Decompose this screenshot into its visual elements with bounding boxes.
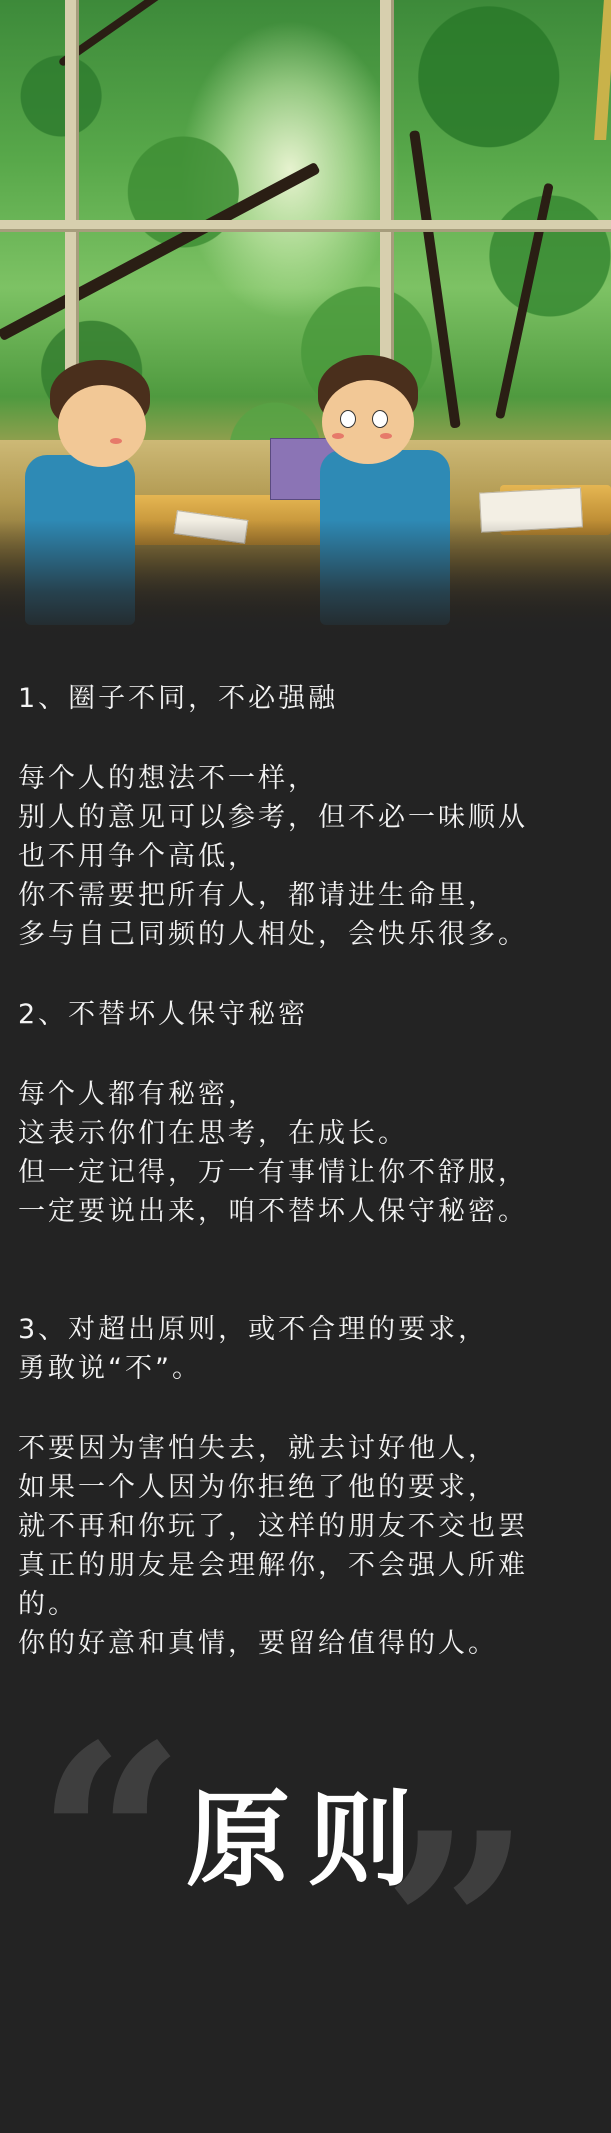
body-line: 每个人的想法不一样， bbox=[18, 760, 318, 798]
body-line: 的。 bbox=[18, 1586, 78, 1624]
body-line: 也不用争个高低， bbox=[18, 838, 258, 876]
body-line: 别人的意见可以参考，但不必一味顺从 bbox=[18, 799, 528, 837]
body-line: 真正的朋友是会理解你，不会强人所难 bbox=[18, 1547, 528, 1585]
body-line: 如果一个人因为你拒绝了他的要求， bbox=[18, 1469, 498, 1507]
footer-title: 原则 bbox=[186, 1780, 430, 1900]
body-line: 不要因为害怕失去，就去讨好他人， bbox=[18, 1430, 498, 1468]
body-line: 多与自己同频的人相处，会快乐很多。 bbox=[18, 916, 528, 954]
body-line: 但一定记得，万一有事情让你不舒服， bbox=[18, 1154, 528, 1192]
blush bbox=[110, 438, 122, 444]
body-line: 你不需要把所有人，都请进生命里， bbox=[18, 877, 498, 915]
section-heading: 1、圈子不同，不必强融 bbox=[18, 680, 338, 718]
eye bbox=[340, 410, 356, 428]
face bbox=[322, 380, 414, 464]
hero-illustration bbox=[0, 0, 611, 640]
eye bbox=[372, 410, 388, 428]
body-line: 这表示你们在思考，在成长。 bbox=[18, 1115, 408, 1153]
window-frame bbox=[0, 220, 611, 232]
blush bbox=[332, 433, 344, 439]
section-heading: 3、对超出原则，或不合理的要求， bbox=[18, 1311, 488, 1349]
bottom-fade bbox=[0, 520, 611, 640]
open-quote-mark: “ bbox=[36, 1712, 186, 1972]
blush bbox=[380, 433, 392, 439]
body-line: 就不再和你玩了，这样的朋友不交也罢 bbox=[18, 1508, 528, 1546]
section-heading: 2、不替坏人保守秘密 bbox=[18, 996, 308, 1034]
section-heading: 勇敢说“不”。 bbox=[18, 1350, 202, 1388]
body-line: 一定要说出来，咱不替坏人保守秘密。 bbox=[18, 1193, 528, 1231]
body-line: 你的好意和真情，要留给值得的人。 bbox=[18, 1625, 498, 1663]
face bbox=[58, 385, 146, 467]
body-line: 每个人都有秘密， bbox=[18, 1076, 258, 1114]
